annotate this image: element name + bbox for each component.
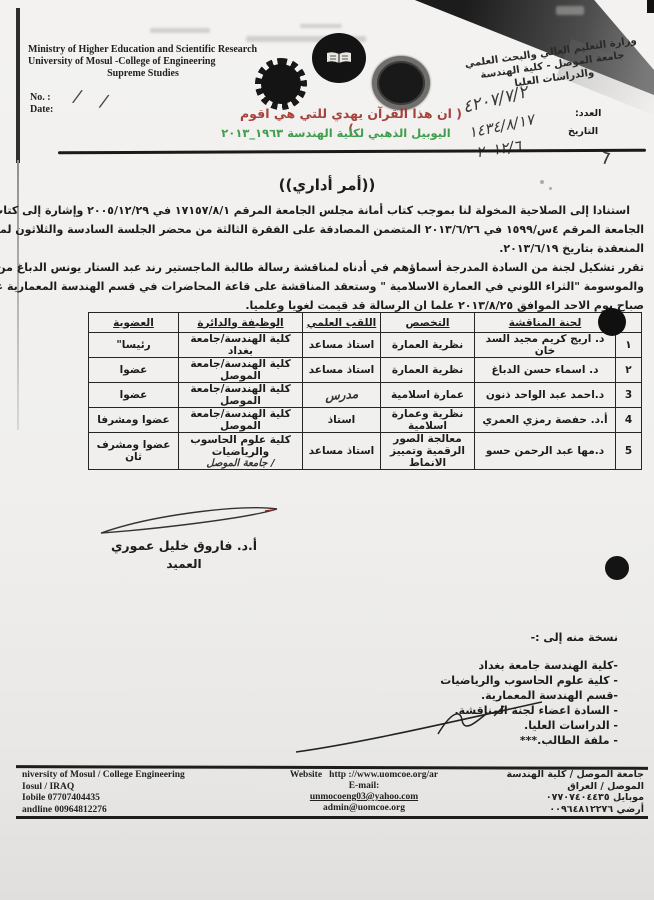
cell-no: ١ xyxy=(616,333,642,358)
open-book-seal-stamp xyxy=(312,33,366,83)
cell-no: 3 xyxy=(616,383,642,408)
header-degree: اللقب العلمي xyxy=(303,313,381,333)
body-line: المنعقدة بتاريخ ٢٠١٣/٦/١٩. xyxy=(20,239,644,258)
cell-position: كلية الهندسة/جامعة الموصل xyxy=(179,358,303,383)
footer-mobile-line-ar: موبايل ٠٧٧٠٧٤٠٤٤٣٥ xyxy=(492,792,644,804)
table-row: 4 أ.د. حفصة رمزي العمري نظرية وعمارة اسل… xyxy=(89,408,642,433)
cell-degree: استاذ xyxy=(303,408,381,433)
scanned-document-page: Ministry of Higher Education and Scienti… xyxy=(0,0,654,900)
committee-table: لجنة المناقشة التخصص اللقب العلمي الوظيف… xyxy=(88,312,642,470)
cell-position: كلية الهندسة/جامعة الموصل xyxy=(179,408,303,433)
table-row: 5 د.مها عبد الرحمن حسو معالجة الصور الرق… xyxy=(89,433,642,470)
corner-notch xyxy=(647,0,654,13)
footer-city-line: Iosul / IRAQ xyxy=(22,782,240,794)
copy-item: -كلية الهندسة جامعة بغداد xyxy=(380,658,618,673)
date-label-ar: التاريخ xyxy=(568,126,598,137)
document-title: ((أمر أداري)) xyxy=(0,176,654,194)
cell-degree: مدرس xyxy=(303,383,381,408)
dean-signature-name: أ.د. فاروق خليل عموري xyxy=(98,538,270,553)
dean-signature-stroke xyxy=(95,498,290,543)
header-divider-rule xyxy=(58,149,646,155)
footer-mobile-line: Iobile 07707404435 xyxy=(22,793,240,805)
copies-label: نسخة منه إلى :- xyxy=(380,631,618,644)
footer-middle-block: Website http ://www.uomcoe.org/ar E-mail… xyxy=(250,770,478,814)
cell-position: كلية علوم الحاسوب والرياضيات / جامعة الم… xyxy=(179,433,303,470)
footer-landline-line: andline 00964812276 xyxy=(22,805,240,817)
golden-jubilee-stamp: اليوبيل الذهبي لكلية الهندسة ١٩٦٣_٢٠١٣ xyxy=(220,126,452,140)
copy-item: - كلية علوم الحاسوب والرياضيات xyxy=(380,673,618,688)
cell-degree: استاذ مساعد xyxy=(303,358,381,383)
handwritten-degree: مدرس xyxy=(324,387,358,403)
no-date-block: No. : Date: xyxy=(30,92,53,116)
ring-seal-stamp xyxy=(372,56,430,110)
body-paragraph: استنادا إلى الصلاحية المخولة لنا بموجب ك… xyxy=(20,201,644,315)
body-line: استنادا إلى الصلاحية المخولة لنا بموجب ك… xyxy=(20,201,644,220)
scan-edge-bar xyxy=(16,8,20,163)
dean-title: العميد xyxy=(98,557,270,571)
header-committee: لجنة المناقشة xyxy=(475,313,616,333)
cell-membership: عضوا ومشرف ثان xyxy=(89,433,179,470)
cell-membership: عضوا xyxy=(89,358,179,383)
header-position: الوظيفة والدائرة xyxy=(179,313,303,333)
scan-smudge xyxy=(556,6,584,15)
cell-specialty: معالجة الصور الرقمية وتمييز الانماط xyxy=(381,433,475,470)
punch-hole-dot xyxy=(605,556,629,580)
body-line: الجامعة المرقم ٤س/١٥٩٩ في ٢٠١٣/٦/٢٦ المت… xyxy=(20,220,644,239)
table-header-row: لجنة المناقشة التخصص اللقب العلمي الوظيف… xyxy=(89,313,642,333)
cell-specialty: عمارة اسلامية xyxy=(381,383,475,408)
footer-bottom-rule xyxy=(16,816,648,819)
footer-email-1: unmocoeng03@yahoo.com xyxy=(250,792,478,803)
cell-committee: د. اريج كريم مجيد السد خان xyxy=(475,333,616,358)
cell-specialty: نظرية وعمارة اسلامية xyxy=(381,408,475,433)
cell-no: 5 xyxy=(616,433,642,470)
table-row: ١ د. اريج كريم مجيد السد خان نظرية العما… xyxy=(89,333,642,358)
gear-edge-seal-stamp xyxy=(255,58,307,110)
cell-position: كلية الهندسة/جامعة الموصل xyxy=(179,383,303,408)
cell-committee: د.مها عبد الرحمن حسو xyxy=(475,433,616,470)
cell-no: ٢ xyxy=(616,358,642,383)
footer-city-line-ar: الموصل / العراق xyxy=(492,781,644,793)
cell-committee: أ.د. حفصة رمزي العمري xyxy=(475,408,616,433)
cell-specialty: نظرية العمارة xyxy=(381,358,475,383)
footer-university-line-ar: جامعة الموصل / كلية الهندسة xyxy=(492,769,644,781)
footer-landline-line-ar: أرضي ٠٠٩٦٤٨١٢٢٧٦ xyxy=(492,804,644,816)
supreme-studies-line: Supreme Studies xyxy=(28,68,258,80)
handwritten-date-slashes: / / xyxy=(73,87,117,114)
number-label: العدد: xyxy=(575,108,601,119)
cell-membership: عضوا ومشرفا xyxy=(89,408,179,433)
cell-specialty: نظرية العمارة xyxy=(381,333,475,358)
handwritten-hijri-date: ١٤٣٤/٨/١٧ xyxy=(467,110,536,141)
punch-hole-dot xyxy=(598,308,626,336)
cell-no: 4 xyxy=(616,408,642,433)
table-row: 3 د.احمد عبد الواحد ذنون عمارة اسلامية م… xyxy=(89,383,642,408)
handwritten-scribble-stroke xyxy=(288,688,550,760)
scan-smudge xyxy=(300,24,342,28)
footer-university-line: niversity of Mosul / College Engineering xyxy=(22,770,240,782)
footer-email-2: admin@uomcoe.org xyxy=(250,803,478,814)
cell-membership: رئيسا" xyxy=(89,333,179,358)
cell-committee: د. اسماء حسن الدباغ xyxy=(475,358,616,383)
body-line: والموسومة "الثراء اللوني في العمارة الاس… xyxy=(20,277,644,296)
cell-membership: عضوا xyxy=(89,383,179,408)
header-specialty: التخصص xyxy=(381,313,475,333)
cell-committee: د.احمد عبد الواحد ذنون xyxy=(475,383,616,408)
footer-website: Website http ://www.uomcoe.org/ar xyxy=(250,770,478,781)
footer-email-label: E-mail: xyxy=(250,781,478,792)
position-handwritten: / جامعة الموصل xyxy=(181,458,300,469)
footer-right-block: جامعة الموصل / كلية الهندسة الموصل / الع… xyxy=(492,769,644,815)
cell-degree: استاذ مساعد xyxy=(303,433,381,470)
table-row: ٢ د. اسماء حسن الدباغ نظرية العمارة استا… xyxy=(89,358,642,383)
footer-left-block: niversity of Mosul / College Engineering… xyxy=(22,770,240,816)
no-label: No. : xyxy=(30,92,53,104)
position-printed: كلية علوم الحاسوب والرياضيات xyxy=(181,434,300,458)
cell-position: كلية الهندسة/جامعة بغداد xyxy=(179,333,303,358)
open-book-icon xyxy=(326,51,352,65)
body-line: تقرر تشكيل لجنة من السادة المدرجة أسماؤه… xyxy=(20,258,644,277)
header-membership: العضوية xyxy=(89,313,179,333)
ministry-line: Ministry of Higher Education and Scienti… xyxy=(28,44,308,56)
date-label: Date: xyxy=(30,104,53,116)
cell-degree: استاذ مساعد xyxy=(303,333,381,358)
scan-smudge xyxy=(150,28,210,33)
